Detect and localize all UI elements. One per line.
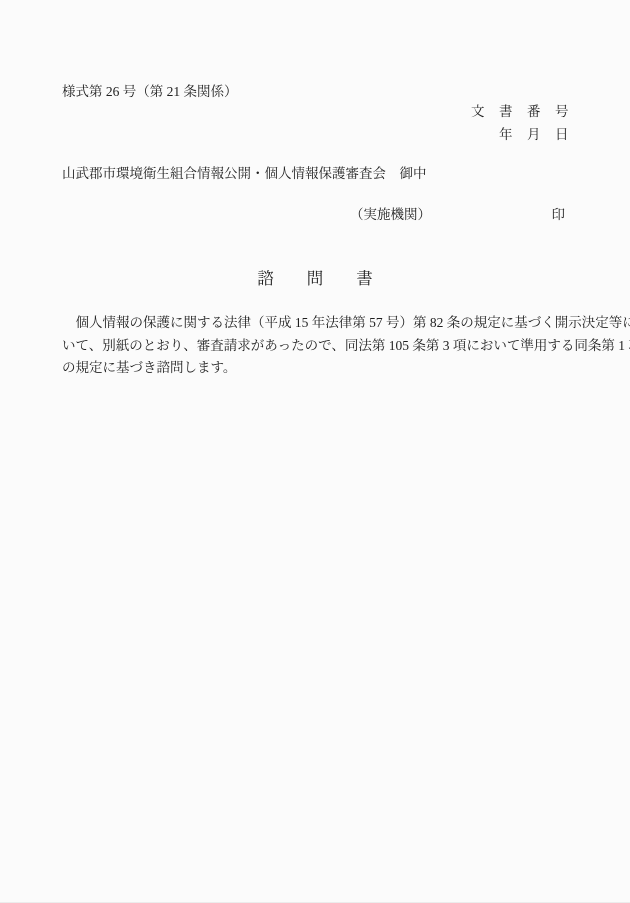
document-title: 諮 問 書: [62, 265, 568, 289]
issuer-label: （実施機関）: [350, 203, 431, 223]
body-paragraph: 個人情報の保護に関する法律（平成 15 年法律第 57 号）第 82 条の規定に…: [62, 312, 575, 380]
body-line: 個人情報の保護に関する法律（平成 15 年法律第 57 号）第 82 条の規定に…: [62, 312, 575, 335]
addressee-line: 山武郡市環境衛生組合情報公開・個人情報保護審査会 御中: [62, 162, 427, 182]
document-page: 様式第 26 号（第 21 条関係） 文 書 番 号 年 月 日 山武郡市環境衛…: [0, 0, 630, 903]
body-line: の規定に基づき諮問します。: [62, 357, 575, 380]
seal-mark: 印: [552, 203, 566, 223]
date-placeholder: 年 月 日: [499, 123, 569, 143]
body-line: いて、別紙のとおり、審査請求があったので、同法第 105 条第 3 項において準…: [62, 335, 575, 358]
document-number-placeholder: 文 書 番 号: [471, 100, 569, 120]
form-number: 様式第 26 号（第 21 条関係）: [62, 80, 238, 100]
